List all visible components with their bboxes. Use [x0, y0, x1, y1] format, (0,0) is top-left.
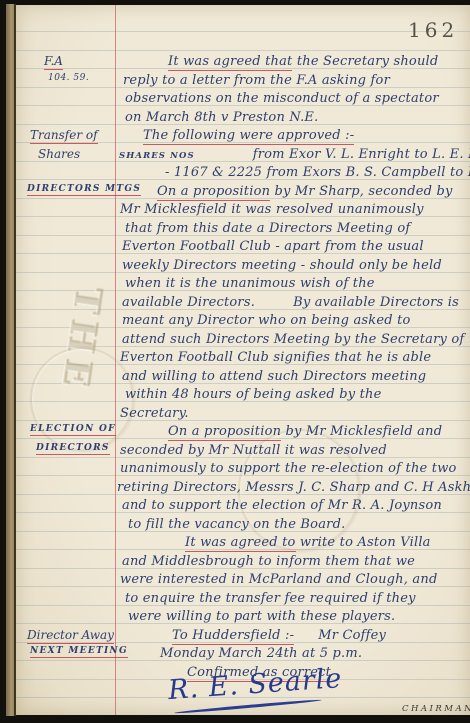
page-number: 162 [408, 18, 458, 42]
minute-text: meant any Director who on being asked to [122, 313, 411, 328]
minute-line: meant any Director who on being asked to [16, 313, 470, 331]
minute-text-segment: meant any Director who on being asked to [122, 313, 411, 328]
minute-line: within 48 hours of being asked by the [16, 387, 470, 405]
minute-line: Transfer ofThe following were approved :… [16, 128, 470, 146]
minute-line: unanimously to support the re-election o… [16, 461, 470, 479]
minute-text: available Directors.By available Directo… [122, 295, 459, 310]
minute-text: when it is the unanimous wish of the [125, 276, 375, 291]
minute-line: weekly Directors meeting - should only b… [16, 258, 470, 276]
minute-text-segment: retiring Directors, Messrs J. C. Sharp a… [117, 480, 470, 495]
minute-text: Secretary. [120, 406, 189, 421]
minute-text-segment: To Huddersfield :- [172, 628, 294, 645]
ruled-line [16, 50, 470, 51]
minute-text-segment: Monday March 24th at 5 p.m. [160, 646, 362, 661]
minute-text: on March 8th v Preston N.E. [125, 110, 318, 125]
minute-text: SHARES NOSfrom Exor V. L. Enright to L. … [119, 147, 470, 162]
minute-text-segment: It was agreed that [168, 54, 292, 71]
margin-note: NEXT MEETING [30, 646, 128, 658]
minute-text-segment: and Middlesbrough to inform them that we [122, 554, 415, 569]
minute-text-segment: By available Directors is [293, 295, 459, 310]
minute-line: that from this date a Directors Meeting … [16, 221, 470, 239]
minute-line: and to support the election of Mr R. A. … [16, 498, 470, 516]
minute-text: and to support the election of Mr R. A. … [122, 498, 442, 513]
minute-text: It was agreed to write to Aston Villa [185, 535, 431, 550]
minute-text: retiring Directors, Messrs J. C. Sharp a… [117, 480, 470, 495]
minute-text-segment: seconded by Mr Nuttall it was resolved [120, 443, 387, 458]
minute-text-segment: weekly Directors meeting - should only b… [122, 258, 442, 273]
minute-line: to enquire the transfer fee required if … [16, 591, 470, 609]
minute-line: DIRECTORS MTGSOn a proposition by Mr Sha… [16, 184, 470, 202]
minute-text: and willing to attend such Directors mee… [122, 369, 426, 384]
minute-text-segment: unanimously to support the re-election o… [120, 461, 457, 476]
minute-text-segment: were willing to part with these players. [128, 609, 395, 624]
minute-text: to fill the vacancy on the Board. [128, 517, 345, 532]
margin-note: DIRECTORS [36, 443, 110, 455]
minute-line: Everton Football Club signifies that he … [16, 350, 470, 368]
minute-line: - 1167 & 2225 from Exors B. S. Campbell … [16, 165, 470, 183]
margin-note: Director Away [27, 628, 114, 644]
minute-text: To Huddersfield :-Mr Coffey [172, 628, 386, 643]
minute-text: Mr Micklesfield it was resolved unanimou… [120, 202, 424, 217]
minute-text-segment: from Exor V. L. Enright to L. E. Enright… [253, 147, 470, 162]
minute-line: It was agreed to write to Aston Villa [16, 535, 470, 553]
minute-line: when it is the unanimous wish of the [16, 276, 470, 294]
minute-text: unanimously to support the re-election o… [120, 461, 457, 476]
margin-note: DIRECTORS MTGS [27, 184, 141, 196]
minute-text: seconded by Mr Nuttall it was resolved [120, 443, 387, 458]
minute-text-segment: It was agreed to [185, 535, 296, 552]
minute-text-segment: Everton Football Club signifies that he … [120, 350, 431, 365]
minute-text-segment: to fill the vacancy on the Board. [128, 517, 345, 532]
minute-text: within 48 hours of being asked by the [125, 387, 382, 402]
minute-text-segment: On a proposition [168, 424, 281, 441]
margin-note: Transfer of [30, 128, 98, 144]
minute-line: Everton Football Club - apart from the u… [16, 239, 470, 257]
minute-line: Secretary. [16, 406, 470, 424]
minute-line: were willing to part with these players. [16, 609, 470, 627]
minute-line: observations on the misconduct of a spec… [16, 91, 470, 109]
minute-text: attend such Directors Meeting by the Sec… [122, 332, 464, 347]
minute-text-segment: reply to a letter from the F.A asking fo… [123, 73, 390, 88]
minute-line: NEXT MEETINGMonday March 24th at 5 p.m. [16, 646, 470, 664]
minute-text-segment: SHARES NOS [119, 151, 195, 161]
minute-text: Everton Football Club - apart from the u… [122, 239, 424, 254]
ruled-line [16, 31, 470, 32]
minute-text-segment: Secretary. [120, 406, 189, 421]
minute-line: and willing to attend such Directors mee… [16, 369, 470, 387]
minute-line: available Directors.By available Directo… [16, 295, 470, 313]
minute-text: - 1167 & 2225 from Exors B. S. Campbell … [165, 165, 470, 180]
ledger-page: 162 THE F.AIt was agreed that the Secret… [16, 5, 470, 715]
chairman-label: CHAIRMAN. [402, 704, 470, 715]
minute-line: Mr Micklesfield it was resolved unanimou… [16, 202, 470, 220]
minute-text-segment: observations on the misconduct of a spec… [125, 91, 439, 106]
minute-text-segment: the Secretary should [292, 54, 438, 69]
minute-text-segment: The following were approved :- [143, 128, 354, 145]
minute-text-segment: that from this date a Directors Meeting … [125, 221, 410, 236]
minute-text: Monday March 24th at 5 p.m. [160, 646, 362, 661]
minute-line: F.AIt was agreed that the Secretary shou… [16, 54, 470, 72]
minute-line: were interested in McParland and Clough,… [16, 572, 470, 590]
margin-note: ELECTION OF [30, 424, 116, 436]
margin-note: 104. 59. [48, 73, 89, 83]
minute-text-segment: On a proposition [157, 184, 270, 201]
minute-text-segment: and to support the election of Mr R. A. … [122, 498, 442, 513]
minute-text-segment: Mr Micklesfield it was resolved unanimou… [120, 202, 424, 217]
minute-text-segment: and willing to attend such Directors mee… [122, 369, 426, 384]
minute-text: observations on the misconduct of a spec… [125, 91, 439, 106]
minute-text-segment: by Mr Sharp, seconded by [270, 184, 452, 199]
minute-text-segment: - 1167 & 2225 from Exors B. S. Campbell … [165, 165, 470, 180]
minute-line: DIRECTORSseconded by Mr Nuttall it was r… [16, 443, 470, 461]
margin-note: F.A [44, 54, 63, 70]
minute-text-segment: by Mr Micklesfield and [281, 424, 442, 439]
minute-line: to fill the vacancy on the Board. [16, 517, 470, 535]
minute-text-segment: within 48 hours of being asked by the [125, 387, 382, 402]
minute-text-segment: to enquire the transfer fee required if … [125, 591, 416, 606]
minute-text: were interested in McParland and Clough,… [120, 572, 437, 587]
minute-text-segment: available Directors. [122, 295, 255, 310]
minute-text-segment: Mr Coffey [318, 628, 386, 643]
minute-text: and Middlesbrough to inform them that we [122, 554, 415, 569]
minute-line: 104. 59.reply to a letter from the F.A a… [16, 73, 470, 91]
minute-text: were willing to part with these players. [128, 609, 395, 624]
minute-text-segment: were interested in McParland and Clough,… [120, 572, 437, 587]
minute-text: reply to a letter from the F.A asking fo… [123, 73, 390, 88]
minute-text: weekly Directors meeting - should only b… [122, 258, 442, 273]
minute-text: It was agreed that the Secretary should [168, 54, 438, 69]
minute-line: Director AwayTo Huddersfield :-Mr Coffey [16, 628, 470, 646]
minute-text: On a proposition by Mr Micklesfield and [168, 424, 442, 439]
minute-line: ELECTION OFOn a proposition by Mr Mickle… [16, 424, 470, 442]
minute-line: and Middlesbrough to inform them that we [16, 554, 470, 572]
minute-line: SharesSHARES NOSfrom Exor V. L. Enright … [16, 147, 470, 165]
minute-line: retiring Directors, Messrs J. C. Sharp a… [16, 480, 470, 498]
minute-text-segment: when it is the unanimous wish of the [125, 276, 375, 291]
minute-text: The following were approved :- [143, 128, 354, 143]
minute-text-segment: Everton Football Club - apart from the u… [122, 239, 424, 254]
minute-text: to enquire the transfer fee required if … [125, 591, 416, 606]
minute-text: that from this date a Directors Meeting … [125, 221, 410, 236]
minute-text: On a proposition by Mr Sharp, seconded b… [157, 184, 453, 199]
margin-note: Shares [38, 147, 80, 161]
minute-text: Everton Football Club signifies that he … [120, 350, 431, 365]
minute-line: on March 8th v Preston N.E. [16, 110, 470, 128]
minute-text-segment: write to Aston Villa [296, 535, 431, 550]
minute-text-segment: on March 8th v Preston N.E. [125, 110, 318, 125]
minute-text-segment: attend such Directors Meeting by the Sec… [122, 332, 464, 347]
minute-line: attend such Directors Meeting by the Sec… [16, 332, 470, 350]
